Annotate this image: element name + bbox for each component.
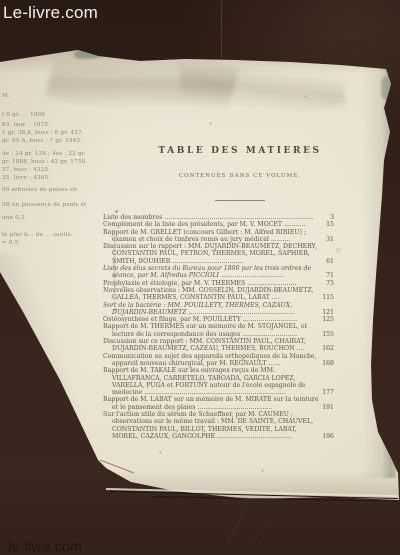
toc-entry-page-number: 168	[322, 360, 334, 367]
toc-entry-text: Liste des élus secrets du Bureau pour 18…	[103, 265, 311, 279]
toc-entry-page-number: 121	[322, 309, 334, 316]
toc-entry-page-number: 3	[330, 214, 334, 221]
toc-entry: Communication au sujet des appareils ort…	[103, 353, 336, 368]
fragment-line: 5B en puissance de poids et	[2, 201, 86, 209]
fragment-line: 63, laur. : 1875.	[2, 121, 86, 129]
fragment-line: = 0,5.	[2, 239, 86, 247]
toc-entry: Ostéosynthèse et filage, par M. POUILLET…	[103, 316, 336, 323]
toc-entry: Rapport de M. TAKALE sur les ouvrages re…	[103, 367, 336, 396]
watermark-top: Le-livre.com	[3, 3, 98, 23]
toc-entry: Discussion sur ce rapport : MM. CONSTANT…	[103, 338, 336, 353]
toc-entry-text: Sort de la bactérie : MM. POUILLETY, THE…	[103, 302, 295, 316]
fragment-line: M.	[2, 92, 86, 100]
fragment-line: t 6 gr. ... 1898	[2, 111, 86, 119]
fragment-line: 90 arbustes de poises en	[2, 186, 86, 194]
toc-entry-page-number: 196	[322, 433, 334, 440]
table-of-contents: Liste des membres ......................…	[103, 214, 336, 440]
toc-entry-text: Rapport de M. LABAT sur un mémoire de M.…	[103, 396, 318, 410]
toc-entry-page-number: 61	[326, 258, 334, 265]
toc-entry: Sur l'action utile du sérum de Schaeffne…	[103, 411, 336, 440]
toc-entry-text: Nouvelles observations : MM. GOSSELIN, D…	[103, 287, 314, 301]
toc-entry-text: Liste des membres ......................…	[103, 214, 314, 221]
page-title: TABLE DES MATIERES	[125, 146, 355, 156]
toc-entry: Rapport de M. LABAT sur un mémoire de M.…	[103, 396, 336, 411]
previous-page-text-fragments: M. t 6 gr. ... 1898 63, laur. : 1875. 1 …	[2, 84, 86, 247]
toc-entry: Discussion sur le rapport : MM. DUJARDIN…	[103, 243, 336, 265]
toc-entry-page-number: 15	[326, 221, 334, 228]
toc-entry: Liste des élus secrets du Bureau pour 18…	[103, 265, 336, 280]
toc-entry: Rapport de M. THERMES sur un mémoire de …	[103, 323, 336, 338]
toc-entry: Prophylaxie et étiologie, par M. V. THER…	[103, 280, 336, 287]
fragment-line: 1 gr. 38,8, buss : 6 gr. 457.	[2, 129, 86, 137]
toc-entry: Nouvelles observations : MM. GOSSELIN, D…	[103, 287, 336, 302]
backdrop-scratch	[221, 0, 222, 58]
fragment-line: 57, buss : 4325.	[2, 166, 86, 174]
toc-entry-page-number: 73	[326, 280, 334, 287]
toc-entry-page-number: 31	[326, 236, 334, 243]
toc-entry-text: Communication au sujet des appareils ort…	[103, 353, 317, 367]
fragment-line: gr. 95 A, buss : 7 gr. 1942.	[2, 137, 86, 145]
toc-entry-page-number: 155	[322, 331, 334, 338]
toc-entry-text: Discussion sur le rapport : MM. DUJARDIN…	[103, 243, 317, 265]
toc-entry: Rapport de M. GRELLET (concours Gilbert …	[103, 229, 336, 244]
toc-entry-text: Discussion sur ce rapport : MM. CONSTANT…	[103, 338, 306, 352]
fragment-line: 4e : 24 gr. 138 ; 4se : 22 gr.	[2, 150, 86, 158]
toc-entry-page-number: 125	[322, 316, 334, 323]
toc-entry-text: Sur l'action utile du sérum de Schaeffne…	[103, 411, 313, 440]
toc-entry-text: Prophylaxie et étiologie, par M. V. THER…	[103, 280, 296, 287]
toc-entry-page-number: 162	[322, 345, 334, 352]
toc-entry-page-number: 71	[326, 272, 334, 279]
toc-entry-page-number: 177	[322, 389, 334, 396]
toc-entry-text: Rapport de M. GRELLET (concours Gilbert …	[103, 229, 306, 243]
toc-entry-text: Rapport de M. THERMES sur un mémoire de …	[103, 323, 307, 337]
title-rule	[215, 200, 265, 201]
page-subtitle: CONTENUES DANS CE VOLUME.	[125, 173, 355, 179]
toc-entry-text: Ostéosynthèse et filage, par M. POUILLET…	[103, 316, 298, 323]
toc-entry-text: Rapport de M. TAKALE sur les ouvrages re…	[103, 367, 306, 396]
fragment-line: 35, livre : 4365.	[2, 174, 86, 182]
toc-entry: Liste des membres ......................…	[103, 214, 336, 221]
photo-stage: M. t 6 gr. ... 1898 63, laur. : 1875. 1 …	[0, 0, 400, 555]
watermark-bottom: le-livre.com	[8, 538, 82, 554]
fragment-line: une 0,2.	[2, 214, 86, 222]
fragment-line: le plus b... de ... suelle.	[2, 231, 86, 239]
toc-entry: Sort de la bactérie : MM. POUILLETY, THE…	[103, 302, 336, 317]
toc-entry-page-number: 115	[322, 294, 334, 301]
toc-entry: Complément de la liste des présidents, p…	[103, 221, 336, 228]
toc-entry-page-number: 191	[322, 404, 334, 411]
fragment-line: gr. 1888, buss : 42 gr. 1758.	[2, 158, 86, 166]
toc-entry-text: Complément de la liste des présidents, p…	[103, 221, 306, 228]
